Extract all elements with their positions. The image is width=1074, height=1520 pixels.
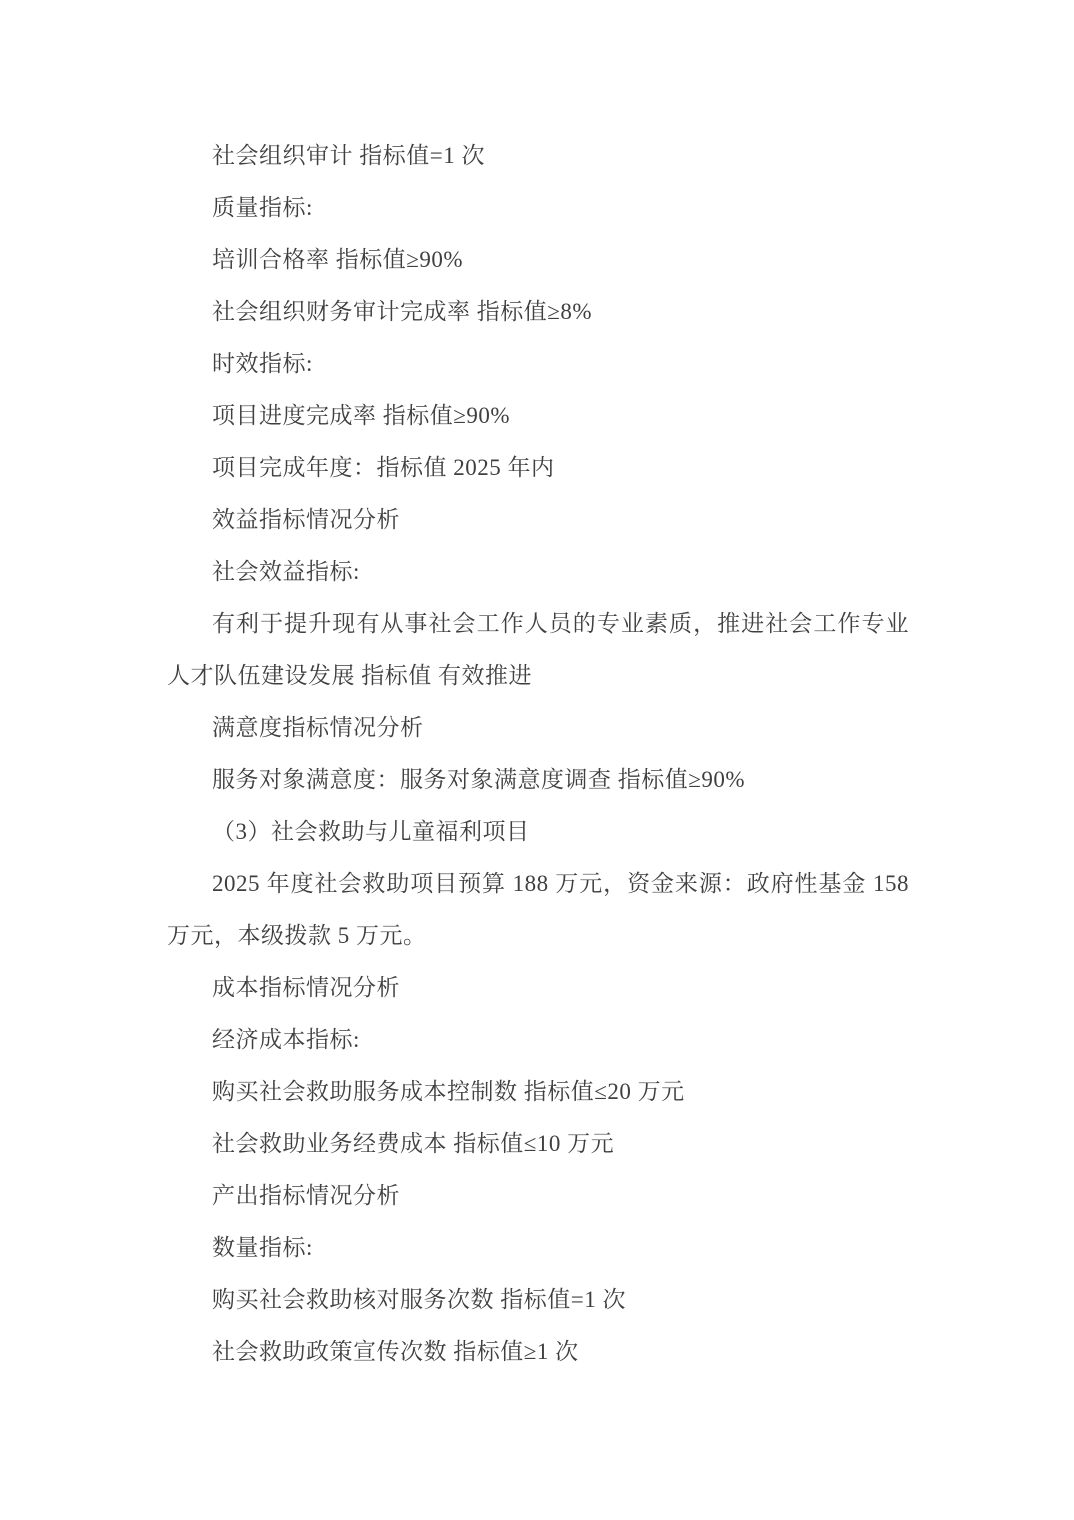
paragraph-line: 项目进度完成率 指标值≥90% (167, 390, 909, 442)
paragraph-line: 成本指标情况分析 (167, 962, 909, 1014)
paragraph-line: 社会救助业务经费成本 指标值≤10 万元 (167, 1118, 909, 1170)
paragraph-line: 购买社会救助核对服务次数 指标值=1 次 (167, 1274, 909, 1326)
paragraph-line: 效益指标情况分析 (167, 494, 909, 546)
paragraph-line: 产出指标情况分析 (167, 1170, 909, 1222)
paragraph-line: 满意度指标情况分析 (167, 702, 909, 754)
paragraph-line: 万元，本级拨款 5 万元。 (167, 910, 909, 962)
paragraph-line: 质量指标: (167, 182, 909, 234)
paragraph-line: 培训合格率 指标值≥90% (167, 234, 909, 286)
paragraph-line: 购买社会救助服务成本控制数 指标值≤20 万元 (167, 1066, 909, 1118)
paragraph-line: 项目完成年度：指标值 2025 年内 (167, 442, 909, 494)
paragraph-line: 有利于提升现有从事社会工作人员的专业素质，推进社会工作专业 (167, 598, 909, 650)
paragraph-line: 数量指标: (167, 1222, 909, 1274)
paragraph-line: 时效指标: (167, 338, 909, 390)
paragraph-line: 2025 年度社会救助项目预算 188 万元，资金来源：政府性基金 158 (167, 858, 909, 910)
document-page: 社会组织审计 指标值=1 次质量指标:培训合格率 指标值≥90%社会组织财务审计… (0, 0, 1074, 1520)
paragraph-line: 社会救助政策宣传次数 指标值≥1 次 (167, 1326, 909, 1378)
paragraph-line: 社会效益指标: (167, 546, 909, 598)
paragraph-line: 社会组织审计 指标值=1 次 (167, 130, 909, 182)
document-body-text: 社会组织审计 指标值=1 次质量指标:培训合格率 指标值≥90%社会组织财务审计… (167, 130, 909, 1378)
paragraph-line: 经济成本指标: (167, 1014, 909, 1066)
paragraph-line: 社会组织财务审计完成率 指标值≥8% (167, 286, 909, 338)
paragraph-line: 服务对象满意度：服务对象满意度调查 指标值≥90% (167, 754, 909, 806)
paragraph-line: 人才队伍建设发展 指标值 有效推进 (167, 650, 909, 702)
paragraph-line: （3）社会救助与儿童福利项目 (167, 806, 909, 858)
